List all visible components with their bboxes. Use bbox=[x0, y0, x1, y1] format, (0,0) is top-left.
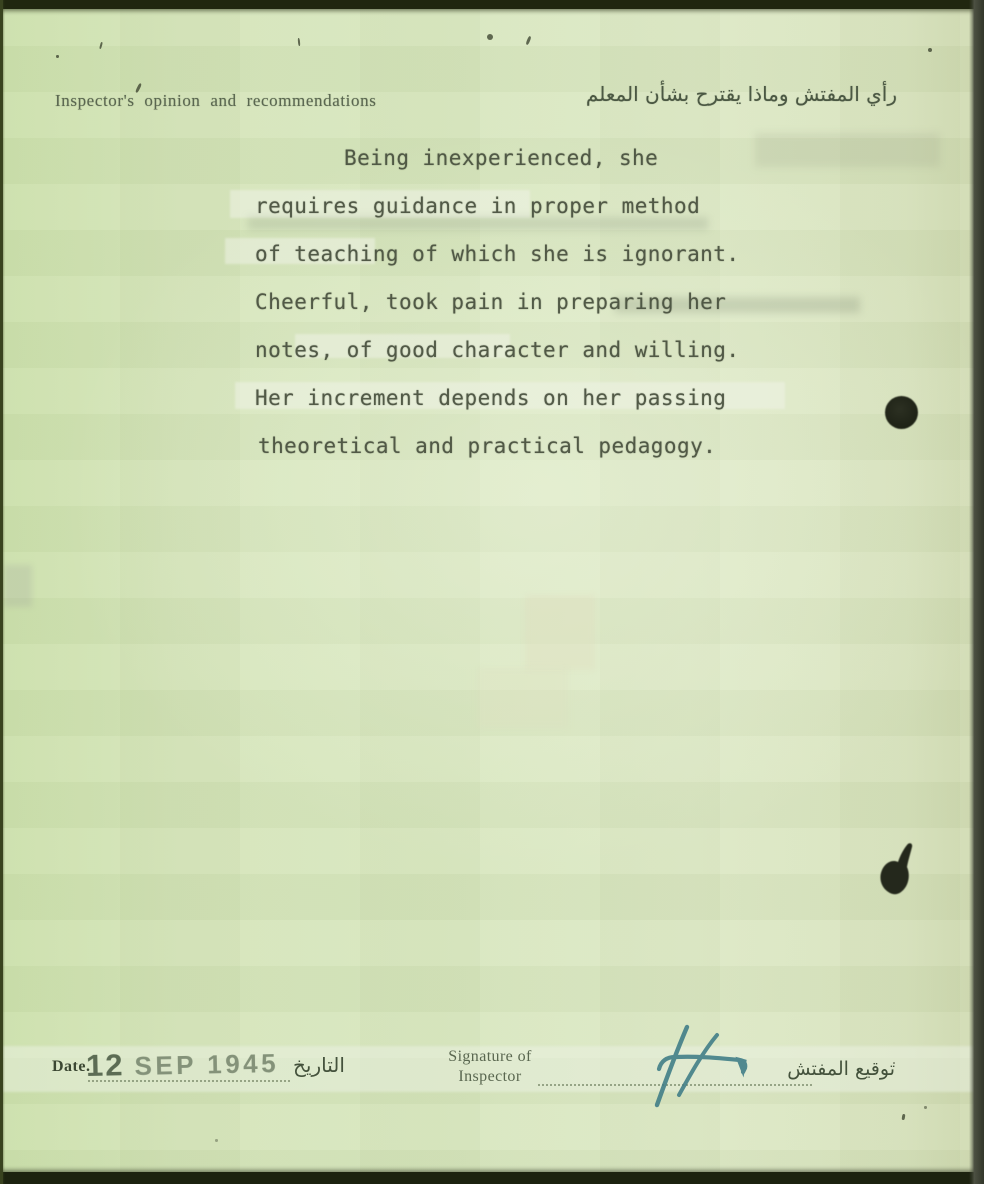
heading-inspectors-opinion-arabic: رأي المفتش وماذا يقترح بشأن المعلم bbox=[625, 82, 897, 106]
speck bbox=[487, 34, 493, 40]
speck bbox=[902, 1114, 906, 1120]
hole-punch-mark bbox=[885, 396, 918, 429]
date-stamp-day: 12 bbox=[86, 1047, 125, 1083]
typed-line: Cheerful, took pain in preparing her bbox=[255, 290, 726, 317]
speck bbox=[99, 42, 103, 49]
date-label-arabic: التاريخ bbox=[293, 1053, 345, 1077]
speck bbox=[924, 1106, 927, 1109]
signature-label-line2: Inspector bbox=[428, 1067, 552, 1087]
heading-inspectors-opinion: Inspector's opinion and recommendations bbox=[55, 91, 376, 111]
speck bbox=[525, 36, 531, 45]
ink-ghost-smudge bbox=[755, 133, 940, 167]
speck bbox=[893, 1062, 895, 1064]
paper-discoloration-patch bbox=[525, 595, 595, 670]
date-stamp: 12SEP 1945 bbox=[86, 1044, 280, 1084]
typed-line: requires guidance in proper method bbox=[255, 194, 700, 221]
date-dotted-line bbox=[88, 1080, 290, 1082]
signature-of-inspector-label: Signature of Inspector bbox=[428, 1047, 552, 1087]
scan-edge-left bbox=[0, 0, 5, 1184]
paper-discoloration-patch bbox=[4, 565, 32, 607]
speck bbox=[56, 55, 59, 58]
date-label: Date. bbox=[52, 1058, 90, 1076]
scan-edge-bottom bbox=[0, 1172, 984, 1184]
typed-line: theoretical and practical pedagogy. bbox=[258, 434, 716, 461]
scan-edge-right bbox=[969, 0, 984, 1184]
date-stamp-month-year: SEP 1945 bbox=[134, 1048, 279, 1081]
speck bbox=[928, 48, 932, 52]
signature-label-arabic: توقيع المفتش bbox=[795, 1058, 895, 1080]
speck bbox=[215, 1139, 218, 1142]
scanned-inspection-form-page: Inspector's opinion and recommendations … bbox=[0, 0, 984, 1184]
signature-label-line1: Signature of bbox=[428, 1047, 552, 1067]
typed-line: Her increment depends on her passing bbox=[255, 386, 726, 413]
typed-line: Being inexperienced, she bbox=[344, 146, 658, 173]
speck bbox=[298, 38, 301, 46]
scan-edge-top bbox=[0, 0, 984, 9]
inspector-signature bbox=[630, 1015, 765, 1120]
ink-blot-mark bbox=[876, 841, 918, 899]
typed-line: of teaching of which she is ignorant. bbox=[255, 242, 739, 269]
paper-discoloration-patch bbox=[478, 668, 568, 728]
typed-line: notes, of good character and willing. bbox=[255, 338, 739, 365]
